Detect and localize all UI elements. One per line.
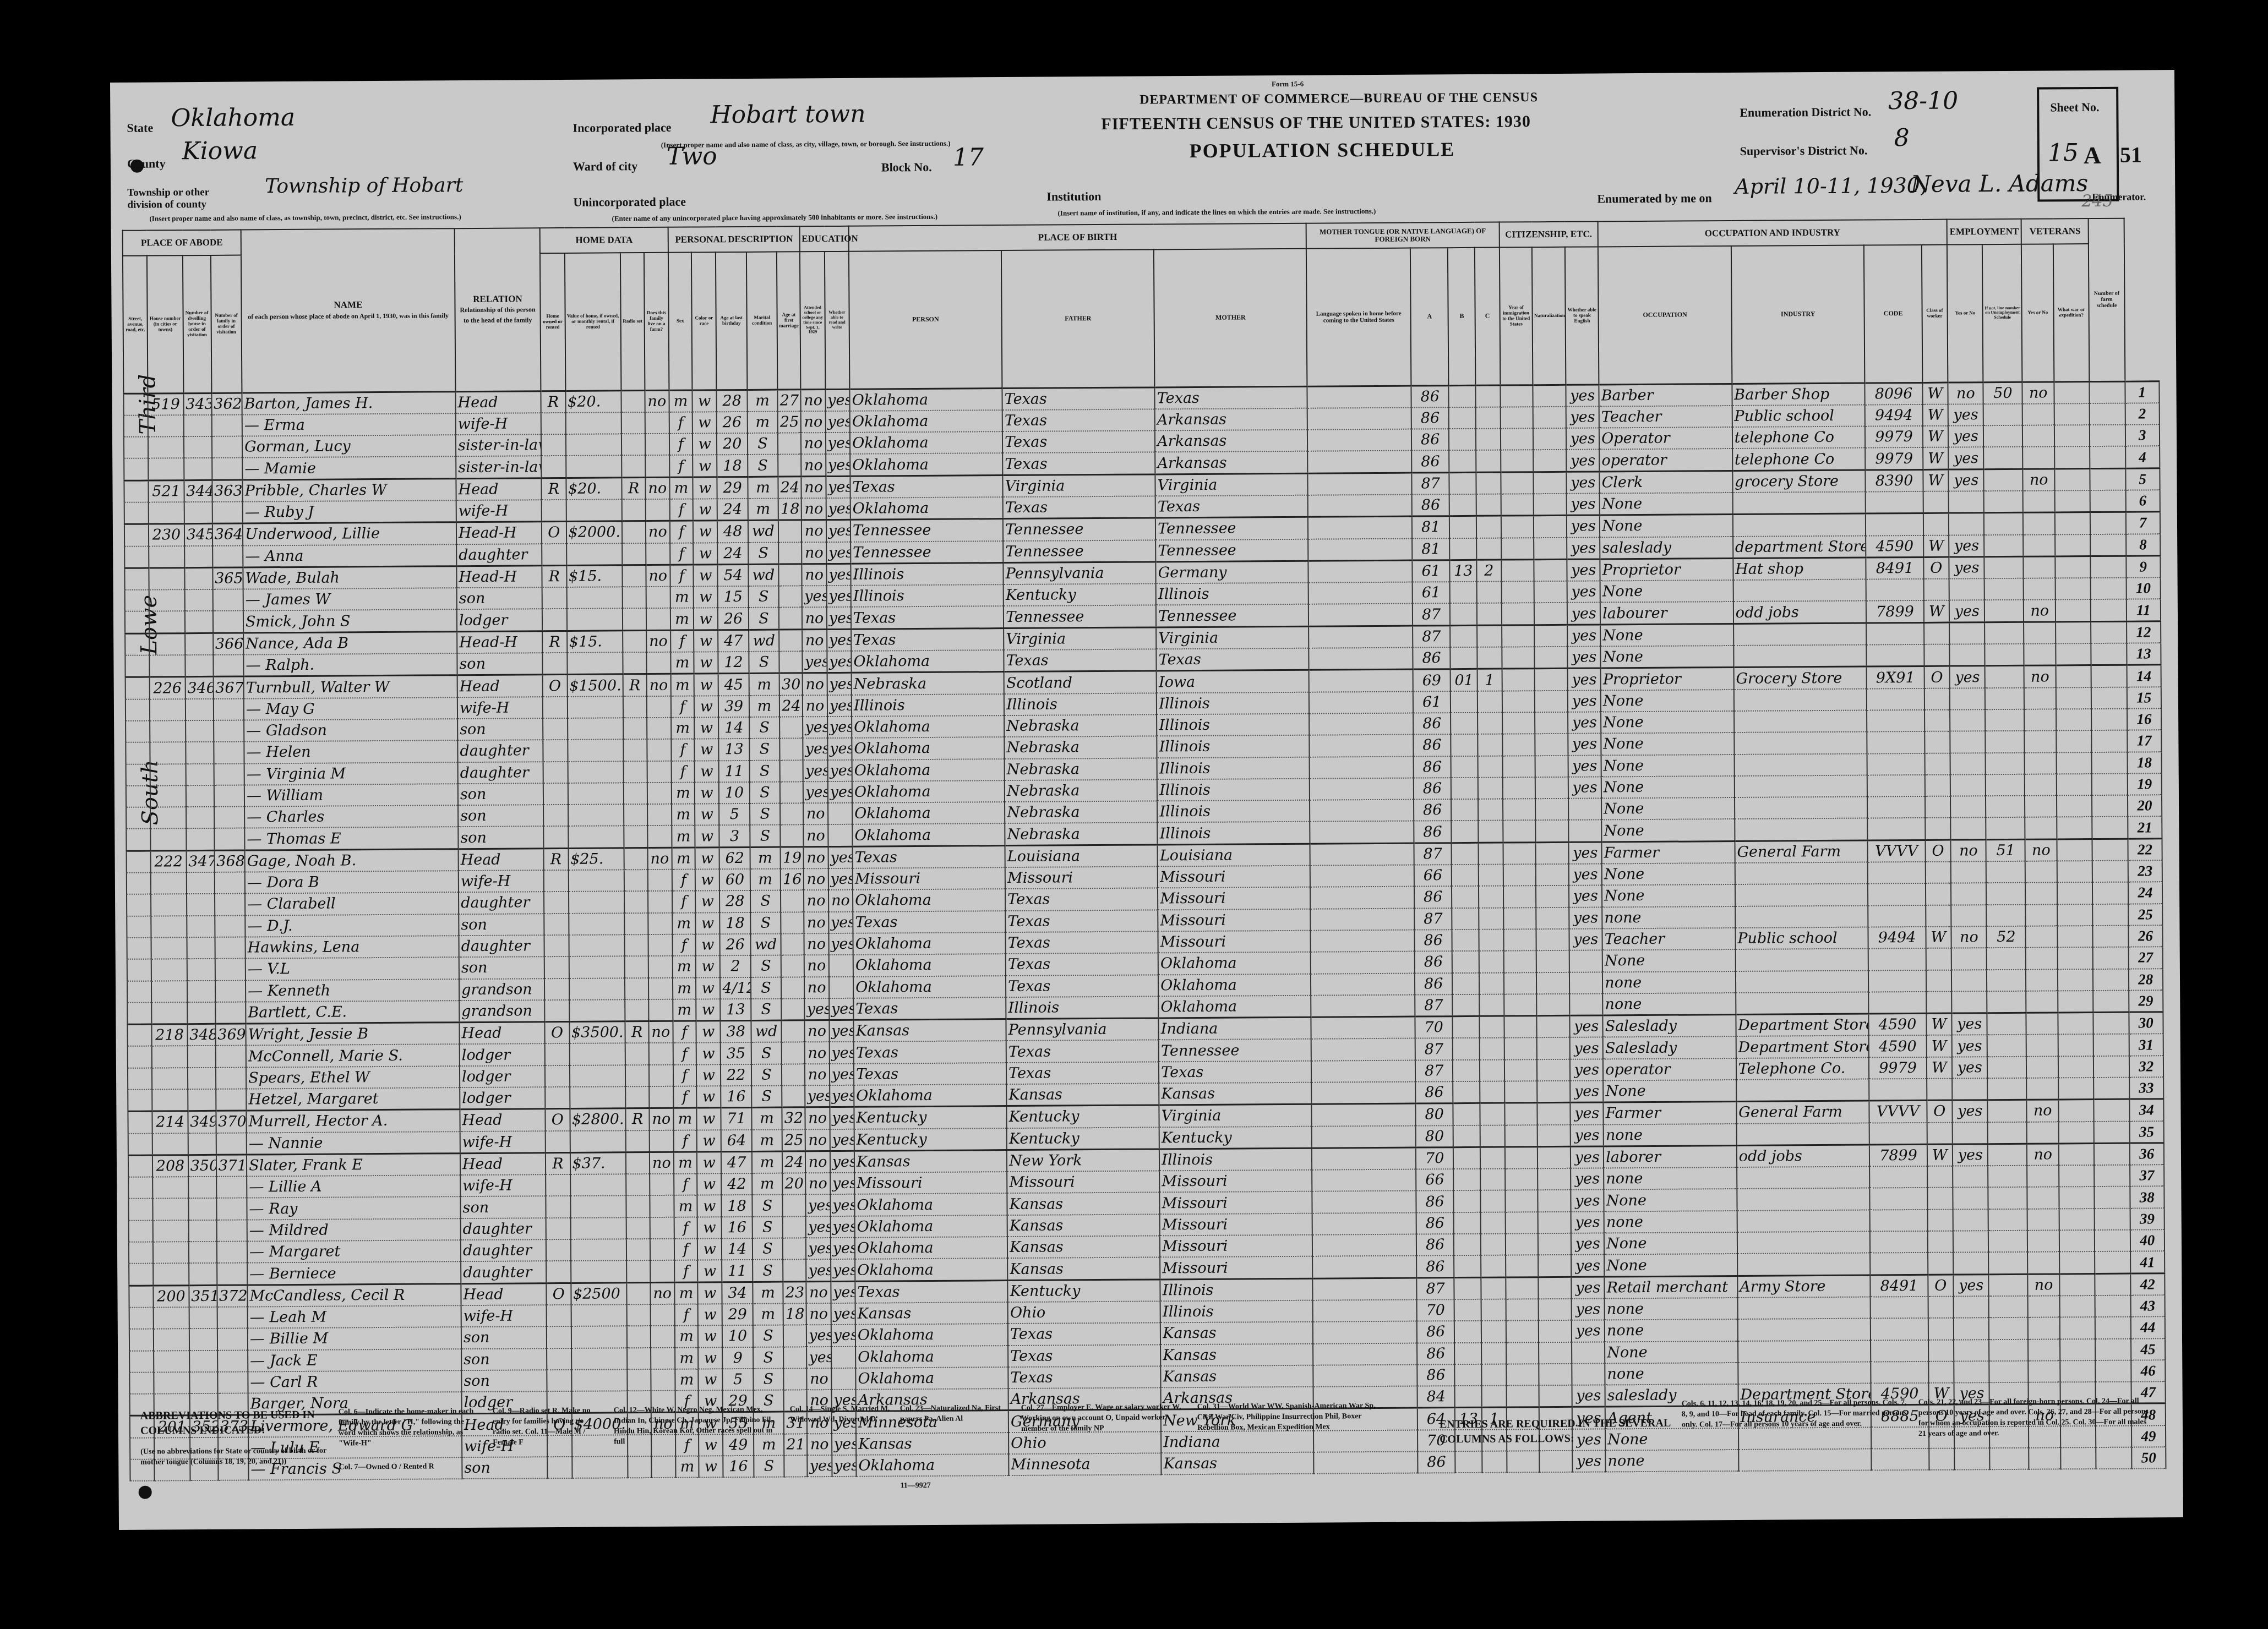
cell-code-c — [1476, 450, 1501, 472]
cell-farm-sched — [2091, 556, 2127, 578]
cell-veteran — [2025, 752, 2057, 774]
cell-language — [1312, 1191, 1416, 1213]
cell-occupation: Retail merchant — [1604, 1276, 1737, 1298]
cell-family — [212, 589, 243, 611]
cell-farm-sched — [2092, 752, 2128, 774]
cell-veteran — [2027, 1166, 2059, 1188]
cell-immig — [1502, 777, 1535, 799]
cell-code-b — [1452, 930, 1479, 952]
cell-family: 368 — [214, 850, 245, 872]
cell-father: Tennessee — [1003, 540, 1155, 562]
cell-english: yes — [1571, 1190, 1604, 1212]
cell-dwelling — [185, 655, 213, 677]
cell-employed — [1949, 513, 1984, 535]
cell-code-c — [1480, 1103, 1505, 1125]
cell-code-c — [1481, 1190, 1506, 1212]
cell-veteran: no — [2025, 839, 2057, 861]
cell-employed — [1950, 796, 1986, 818]
cell-line: 24 — [2128, 882, 2163, 904]
cell-language — [1310, 865, 1414, 887]
cell-age: 29 — [717, 477, 748, 499]
cell-father: Virginia — [1003, 474, 1155, 497]
cell-class — [1926, 970, 1952, 992]
cell-war — [2055, 490, 2091, 512]
cell-immig — [1506, 1255, 1539, 1277]
cell-occupation: None — [1604, 1232, 1737, 1255]
cell-ind-code — [1870, 1231, 1927, 1253]
cell-age: 18 — [717, 455, 748, 477]
cell-natur — [1535, 712, 1568, 734]
cell-marital: S — [752, 1216, 783, 1238]
cell-age: 39 — [718, 696, 749, 718]
cell-employed — [1950, 709, 1986, 731]
cell-read: yes — [828, 846, 853, 868]
cell-veteran — [2028, 1295, 2060, 1318]
cell-farm-sched — [2095, 1208, 2130, 1230]
cell-veteran — [2026, 969, 2058, 991]
cell-ind-code — [1870, 1188, 1927, 1210]
cell-school: yes — [803, 651, 827, 673]
cell-value — [569, 999, 625, 1021]
cell-family — [216, 1133, 247, 1155]
cell-birth: Oklahoma — [854, 1194, 1007, 1216]
cell-line: 7 — [2125, 512, 2160, 534]
cell-line: 37 — [2130, 1165, 2165, 1187]
cell-farm: no — [645, 390, 669, 412]
ward-label: Ward of city — [573, 159, 637, 174]
cell-street — [124, 502, 149, 524]
col-code-a: A — [1410, 248, 1449, 385]
cell-birth: Texas — [853, 911, 1005, 933]
cell-family: 363 — [212, 480, 243, 502]
cell-family — [216, 1242, 247, 1264]
cell-code-c — [1481, 1299, 1506, 1321]
cell-birth: Oklahoma — [853, 889, 1005, 911]
cell-line: 36 — [2129, 1143, 2164, 1165]
cell-war — [2059, 1251, 2095, 1273]
footer-col9: Col. 9—Radio set R. Make no entry for fa… — [493, 1406, 603, 1448]
cell-unemp-line — [1985, 709, 2024, 731]
cell-sex: m — [670, 587, 694, 609]
cell-name: Smick, John S — [243, 610, 457, 633]
cell-relation: lodger — [460, 1044, 545, 1066]
cell-birth: Kansas — [853, 1019, 1006, 1042]
cell-street — [124, 415, 149, 437]
cell-code-b — [1451, 734, 1478, 756]
cell-street — [127, 1002, 152, 1024]
cell-value — [568, 761, 624, 783]
cell-language — [1312, 1125, 1416, 1148]
cell-ind-code — [1869, 992, 1926, 1014]
cell-code-a: 86 — [1411, 407, 1449, 429]
cell-farm-sched — [2090, 381, 2125, 403]
cell-industry: General Farm — [1736, 1101, 1869, 1123]
cell-school: yes — [806, 1216, 831, 1238]
cell-age-marr — [779, 564, 802, 586]
cell-mother: Illinois — [1157, 714, 1309, 736]
cell-class — [1924, 731, 1950, 753]
cell-industry — [1735, 949, 1868, 971]
cell-ind-code — [1870, 1210, 1927, 1232]
cell-birth: Missouri — [854, 1172, 1007, 1194]
cell-owned — [546, 1239, 571, 1261]
cell-house — [152, 1068, 188, 1090]
cell-birth: Texas — [851, 628, 1004, 650]
cell-age-marr — [781, 955, 804, 977]
cell-race: w — [695, 847, 720, 869]
cell-family — [217, 1263, 248, 1285]
cell-war — [2057, 926, 2093, 948]
cell-read — [828, 803, 853, 825]
cell-marital: S — [753, 1325, 784, 1347]
cell-marital: m — [747, 390, 778, 412]
cell-value — [566, 587, 623, 609]
cell-radio: R — [625, 1021, 648, 1043]
cell-code-a: 69 — [1413, 669, 1451, 691]
cell-school: yes — [806, 1347, 831, 1369]
cell-radio: R — [622, 477, 645, 499]
cell-dwelling — [184, 545, 212, 567]
cell-natur — [1534, 603, 1567, 625]
cell-language — [1312, 1169, 1416, 1191]
cell-race: w — [694, 674, 719, 696]
cell-ind-code — [1868, 862, 1925, 884]
col-owned-rented: Home owned or rented — [540, 253, 565, 391]
cell-line: 42 — [2130, 1273, 2165, 1295]
cell-name: — Dora B — [245, 871, 459, 894]
cell-code-b — [1453, 1103, 1480, 1125]
cell-line: 43 — [2130, 1295, 2165, 1317]
abbreviations-note: (Use no abbreviations for State or count… — [140, 1446, 328, 1468]
cell-father: Texas — [1005, 888, 1158, 911]
cell-age: 60 — [719, 869, 750, 891]
cell-code-b — [1452, 886, 1479, 908]
cell-class: W — [1926, 1013, 1952, 1035]
cell-employed — [1950, 688, 1986, 710]
cell-read: yes — [831, 1259, 855, 1281]
cell-birth: Oklahoma — [849, 388, 1002, 411]
cell-occupation: none — [1602, 906, 1735, 929]
cell-age-marr: 25 — [782, 1129, 805, 1151]
enumerator-label: , Enumerator. — [2087, 191, 2146, 203]
cell-marital: m — [749, 673, 779, 695]
cell-mother: Illinois — [1157, 779, 1310, 801]
col-unemployment-line: If not, line number on Unemployment Sche… — [1982, 244, 2022, 382]
cell-value: $15. — [567, 631, 623, 653]
cell-street — [128, 1155, 153, 1177]
cell-code-b — [1453, 1038, 1480, 1060]
cell-sex: m — [674, 1152, 697, 1174]
cell-owned — [544, 1000, 569, 1022]
cell-dwelling — [188, 1220, 216, 1242]
cell-radio — [623, 630, 646, 652]
cell-read: yes — [827, 629, 852, 651]
cell-school: no — [804, 912, 829, 934]
cell-english: yes — [1568, 668, 1601, 690]
cell-farm-sched — [2091, 643, 2127, 665]
cell-war — [2054, 403, 2090, 425]
cell-class: W — [1927, 1144, 1953, 1166]
cell-relation: son — [458, 827, 543, 849]
cell-natur — [1539, 1342, 1572, 1364]
cell-code-a: 86 — [1416, 1191, 1454, 1213]
cell-code-a: 86 — [1413, 756, 1451, 778]
cell-radio — [626, 1239, 650, 1261]
cell-immig — [1500, 428, 1533, 450]
cell-house — [149, 633, 185, 655]
cell-name: — V.L — [246, 957, 459, 980]
cell-veteran — [2025, 774, 2057, 796]
cell-relation: daughter — [457, 740, 543, 762]
cell-dwelling — [188, 1068, 216, 1090]
cell-employed: no — [1951, 839, 1987, 861]
cell-employed — [1951, 905, 1987, 927]
cell-age-marr: 24 — [779, 695, 803, 717]
cell-house — [150, 807, 186, 829]
cell-line: 41 — [2130, 1251, 2165, 1273]
cell-marital: m — [747, 411, 778, 433]
cell-father: Texas — [1006, 1062, 1159, 1084]
cell-birth: Texas — [855, 1280, 1007, 1303]
cell-employed — [1951, 861, 1987, 883]
cell-farm — [651, 1369, 675, 1391]
cell-age-marr: 24 — [778, 477, 802, 499]
cell-code-a: 66 — [1414, 865, 1452, 887]
cell-race: w — [697, 1152, 722, 1174]
cell-veteran: no — [2023, 469, 2055, 491]
cell-age-marr — [783, 1260, 806, 1282]
cell-veteran — [2025, 796, 2057, 818]
cell-value — [568, 740, 624, 762]
cell-name: — Kenneth — [246, 979, 459, 1002]
cell-farm — [648, 1064, 673, 1086]
cell-code-a: 86 — [1414, 821, 1452, 843]
cell-industry: department Store — [1733, 535, 1866, 558]
cell-unemp-line — [1988, 1144, 2027, 1166]
cell-dwelling — [186, 742, 214, 764]
cell-sex: m — [674, 1195, 697, 1217]
cell-radio — [625, 956, 648, 978]
institution-note: (Insert name of institution, if any, and… — [1057, 207, 1410, 218]
sd-value: 8 — [1894, 124, 1910, 152]
cell-relation: son — [461, 1348, 547, 1370]
cell-immig — [1500, 385, 1533, 407]
cell-house — [154, 1307, 189, 1329]
cell-line: 38 — [2130, 1187, 2165, 1209]
cell-father: Kentucky — [1007, 1280, 1160, 1302]
cell-class — [1924, 622, 1950, 644]
cell-street — [128, 1068, 152, 1090]
cell-mother: Missouri — [1160, 1191, 1312, 1214]
cell-read: yes — [826, 542, 851, 564]
cell-code-c — [1476, 472, 1501, 494]
cell-street — [126, 742, 150, 764]
cell-birth: Texas — [850, 475, 1002, 498]
cell-family — [212, 611, 243, 633]
cell-street — [128, 1177, 153, 1199]
group-personal-description: PERSONAL DESCRIPTION — [668, 226, 800, 252]
cell-value: $2800. — [570, 1108, 626, 1130]
cell-dwelling: 346 — [185, 677, 213, 699]
cell-language — [1312, 1234, 1416, 1256]
cell-war — [2054, 446, 2090, 468]
cell-natur — [1536, 907, 1569, 929]
cell-war — [2060, 1295, 2096, 1318]
col-family-number: Number of family in order of visitation — [211, 255, 242, 393]
cell-english — [1572, 1363, 1605, 1385]
cell-immig — [1502, 647, 1535, 669]
cell-mother: Illinois — [1157, 822, 1310, 844]
cell-owned — [546, 1261, 571, 1283]
cell-natur — [1534, 450, 1567, 472]
cell-class: W — [1923, 535, 1949, 557]
cell-radio — [623, 587, 646, 609]
cell-dwelling: 344 — [184, 480, 212, 502]
cell-race: w — [697, 1260, 722, 1282]
cell-house — [153, 1220, 189, 1242]
cell-code-c — [1478, 647, 1502, 669]
cell-code-c — [1480, 1125, 1505, 1147]
cell-code-b — [1454, 1277, 1481, 1299]
cell-read: yes — [831, 1303, 855, 1325]
cell-code-b — [1451, 778, 1478, 800]
cell-veteran — [2025, 883, 2057, 905]
cell-industry: telephone Co — [1732, 448, 1866, 471]
cell-code-c — [1476, 429, 1501, 451]
cell-class: O — [1928, 1275, 1954, 1297]
cell-line: 33 — [2129, 1077, 2164, 1099]
entries-title: ENTRIES ARE REQUIRED IN THE SEVERAL COLU… — [1440, 1416, 1671, 1447]
cell-farm: no — [646, 674, 671, 696]
cell-family — [214, 763, 244, 785]
cell-language — [1312, 1103, 1416, 1126]
cell-race: w — [696, 1086, 721, 1108]
cell-class — [1926, 883, 1951, 905]
cell-name: Wade, Bulah — [243, 566, 456, 589]
cell-farm — [650, 1195, 674, 1217]
cell-language — [1310, 887, 1414, 909]
cell-marital: m — [751, 1129, 782, 1151]
cell-mother: Illinois — [1157, 692, 1309, 714]
cell-name: — Nannie — [247, 1131, 460, 1155]
cell-immig — [1504, 1016, 1537, 1038]
cell-english: yes — [1567, 493, 1600, 515]
cell-sex: m — [669, 477, 693, 499]
cell-read — [831, 1346, 856, 1368]
cell-language — [1307, 451, 1411, 473]
cell-relation: daughter — [458, 762, 543, 784]
cell-farm — [645, 434, 669, 456]
cell-industry — [1737, 1167, 1870, 1189]
cell-marital: S — [753, 1368, 784, 1390]
cell-dwelling: 345 — [184, 524, 212, 546]
cell-age-marr — [782, 1020, 805, 1042]
cell-house — [151, 916, 187, 938]
cell-age: 22 — [721, 1064, 751, 1086]
cell-code-c — [1477, 582, 1502, 604]
cell-father: Missouri — [1005, 866, 1158, 889]
cell-street — [124, 458, 149, 480]
cell-school: yes — [802, 586, 827, 608]
cell-relation: Head — [461, 1283, 546, 1305]
cell-ind-code: 8390 — [1866, 469, 1923, 491]
cell-relation: son — [457, 718, 543, 740]
cell-relation: wife-H — [460, 1174, 546, 1196]
cell-family — [212, 502, 243, 524]
cell-farm — [646, 543, 670, 565]
cell-farm — [647, 739, 672, 761]
cell-employed — [1953, 1122, 1988, 1144]
cell-farm: no — [649, 1108, 674, 1130]
cell-age: 20 — [717, 433, 748, 455]
col-sex: Sex — [668, 253, 693, 390]
cell-unemp-line — [1988, 1122, 2027, 1144]
ed-value: 38-10 — [1888, 86, 1958, 115]
cell-line: 13 — [2127, 643, 2161, 665]
cell-mother: Arkansas — [1155, 430, 1307, 452]
cell-age: 62 — [719, 847, 750, 869]
cell-street — [124, 568, 149, 590]
cell-employed: yes — [1950, 666, 1986, 688]
cell-family: 371 — [216, 1155, 247, 1177]
cell-family — [214, 872, 245, 894]
cell-race: w — [695, 912, 720, 934]
cell-age: 24 — [718, 543, 749, 565]
cell-immig — [1506, 1342, 1539, 1364]
cell-age-marr — [780, 803, 803, 825]
cell-radio — [624, 718, 647, 740]
cell-war — [2059, 1165, 2095, 1187]
cell-street — [123, 393, 148, 416]
cell-school: yes — [805, 1085, 830, 1107]
cell-father: Tennessee — [1003, 518, 1155, 540]
cell-unemp-line — [1987, 948, 2026, 970]
cell-mother: Missouri — [1158, 931, 1311, 953]
cell-occupation: None — [1603, 1080, 1736, 1102]
cell-employed: no — [1948, 382, 1984, 404]
cell-read: yes — [831, 1281, 855, 1303]
cell-veteran — [2024, 622, 2056, 644]
cell-age-marr — [782, 1042, 805, 1064]
cell-code-b — [1452, 843, 1479, 865]
cell-radio — [623, 696, 646, 718]
cell-english: yes — [1566, 450, 1599, 472]
cell-name: — Ruby J — [243, 500, 456, 523]
cell-immig — [1501, 494, 1534, 516]
cell-industry — [1737, 1232, 1871, 1254]
cell-sex: m — [675, 1326, 698, 1348]
cell-farm-sched — [2095, 1187, 2130, 1209]
cell-code-c — [1478, 734, 1503, 756]
cell-dwelling — [187, 1046, 215, 1068]
cell-father: New York — [1007, 1149, 1159, 1172]
cell-english: yes — [1571, 1168, 1604, 1190]
cell-relation: son — [460, 1196, 546, 1218]
col-immigration-year: Year of immigration to the United States — [1499, 247, 1533, 385]
cell-employed: yes — [1948, 404, 1984, 426]
cell-natur — [1534, 581, 1567, 603]
cell-code-a: 86 — [1414, 951, 1452, 973]
cell-relation: Head — [460, 1109, 545, 1131]
cell-farm — [650, 1239, 674, 1261]
cell-farm — [648, 999, 673, 1021]
cell-school: yes — [806, 1325, 831, 1347]
cell-farm — [651, 1347, 675, 1369]
cell-race: w — [695, 891, 720, 913]
cell-code-c — [1476, 407, 1501, 429]
col-occupation: OCCUPATION — [1598, 246, 1732, 384]
cell-age-marr — [783, 1325, 806, 1347]
